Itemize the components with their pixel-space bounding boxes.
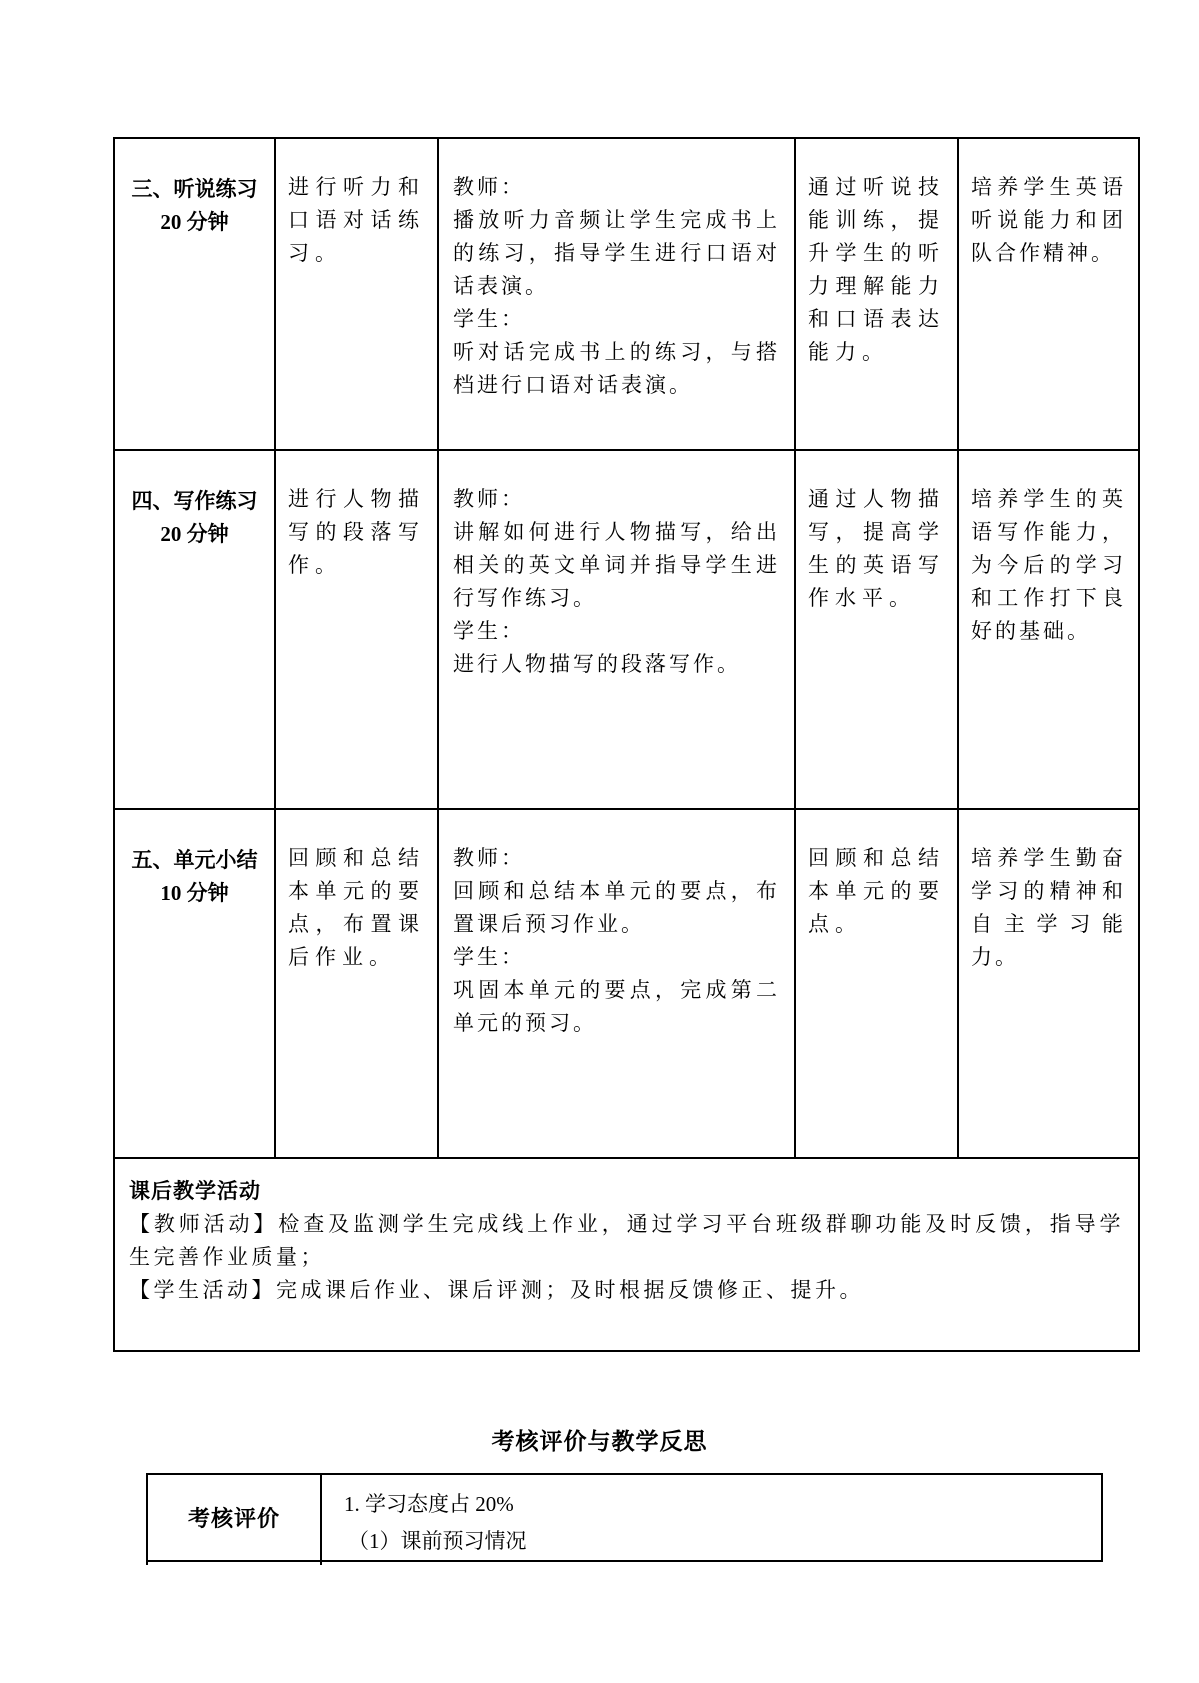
student-label: 学生： xyxy=(453,615,780,648)
content-cell: 进行人物描写的段落写作。 xyxy=(275,450,438,809)
intent-cell: 通过听说技能训练，提升学生的听力理解能力和口语表达能力。 xyxy=(795,138,958,450)
cutoff-row-left-border xyxy=(146,1558,148,1565)
activity-table: 三、听说练习 20 分钟 进行听力和口语对话练习。 教师： 播放听力音频让学生完… xyxy=(113,137,1140,1352)
cutoff-row-divider-border xyxy=(320,1558,322,1565)
intent-cell: 通过人物描写，提高学生的英语写作水平。 xyxy=(795,450,958,809)
stage-duration: 20 分钟 xyxy=(115,206,274,239)
teacher-text: 讲解如何进行人物描写，给出相关的英文单词并指导学生进行写作练习。 xyxy=(453,516,780,615)
student-label: 学生： xyxy=(453,303,780,336)
process-cell: 教师： 播放听力音频让学生完成书上的练习，指导学生进行口语对话表演。 学生： 听… xyxy=(438,138,795,450)
activity-row-listening: 三、听说练习 20 分钟 进行听力和口语对话练习。 教师： 播放听力音频让学生完… xyxy=(114,138,1139,450)
student-text: 巩固本单元的要点，完成第二单元的预习。 xyxy=(453,974,780,1040)
process-cell: 教师： 回顾和总结本单元的要点，布置课后预习作业。 学生： 巩固本单元的要点，完… xyxy=(438,809,795,1158)
teacher-label: 教师： xyxy=(453,842,780,875)
after-class-title: 课后教学活动 xyxy=(129,1175,1124,1208)
stage-name: 三、听说练习 xyxy=(115,173,274,206)
objective-cell: 培养学生英语听说能力和团队合作精神。 xyxy=(958,138,1139,450)
content-cell: 回顾和总结本单元的要点，布置课后作业。 xyxy=(275,809,438,1158)
assessment-row: 考核评价 1. 学习态度占 20% （1）课前预习情况 xyxy=(147,1474,1102,1561)
content-cell: 进行听力和口语对话练习。 xyxy=(275,138,438,450)
stage-cell: 五、单元小结 10 分钟 xyxy=(114,809,275,1158)
assessment-heading: 考核评价与教学反思 xyxy=(0,1423,1199,1456)
objective-cell: 培养学生勤奋学习的精神和自主学习能力。 xyxy=(958,809,1139,1158)
activity-row-writing: 四、写作练习 20 分钟 进行人物描写的段落写作。 教师： 讲解如何进行人物描写… xyxy=(114,450,1139,809)
assessment-body-cell: 1. 学习态度占 20% （1）课前预习情况 xyxy=(321,1474,1102,1561)
assessment-table: 考核评价 1. 学习态度占 20% （1）课前预习情况 xyxy=(146,1473,1103,1562)
stage-name: 四、写作练习 xyxy=(115,485,274,518)
after-class-row: 课后教学活动 【教师活动】检查及监测学生完成线上作业，通过学习平台班级群聊功能及… xyxy=(114,1158,1139,1351)
student-text: 进行人物描写的段落写作。 xyxy=(453,648,780,681)
intent-cell: 回顾和总结本单元的要点。 xyxy=(795,809,958,1158)
student-label: 学生： xyxy=(453,941,780,974)
objective-cell: 培养学生的英语写作能力，为今后的学习和工作打下良好的基础。 xyxy=(958,450,1139,809)
assessment-line-1: 1. 学习态度占 20% xyxy=(344,1486,1091,1523)
stage-duration: 20 分钟 xyxy=(115,518,274,551)
after-class-teacher-activity: 【教师活动】检查及监测学生完成线上作业，通过学习平台班级群聊功能及时反馈，指导学… xyxy=(129,1208,1124,1274)
teacher-label: 教师： xyxy=(453,171,780,204)
student-text: 听对话完成书上的练习，与搭档进行口语对话表演。 xyxy=(453,336,780,402)
teacher-label: 教师： xyxy=(453,483,780,516)
activity-row-summary: 五、单元小结 10 分钟 回顾和总结本单元的要点，布置课后作业。 教师： 回顾和… xyxy=(114,809,1139,1158)
assessment-row-label: 考核评价 xyxy=(147,1474,321,1561)
stage-cell: 三、听说练习 20 分钟 xyxy=(114,138,275,450)
assessment-line-2: （1）课前预习情况 xyxy=(344,1523,1091,1560)
stage-name: 五、单元小结 xyxy=(115,844,274,877)
process-cell: 教师： 讲解如何进行人物描写，给出相关的英文单词并指导学生进行写作练习。 学生：… xyxy=(438,450,795,809)
stage-duration: 10 分钟 xyxy=(115,877,274,910)
teacher-text: 播放听力音频让学生完成书上的练习，指导学生进行口语对话表演。 xyxy=(453,204,780,303)
after-class-cell: 课后教学活动 【教师活动】检查及监测学生完成线上作业，通过学习平台班级群聊功能及… xyxy=(114,1158,1139,1351)
teacher-text: 回顾和总结本单元的要点，布置课后预习作业。 xyxy=(453,875,780,941)
after-class-student-activity: 【学生活动】完成课后作业、课后评测；及时根据反馈修正、提升。 xyxy=(129,1274,1124,1307)
lesson-plan-page: 三、听说练习 20 分钟 进行听力和口语对话练习。 教师： 播放听力音频让学生完… xyxy=(0,0,1199,1683)
stage-cell: 四、写作练习 20 分钟 xyxy=(114,450,275,809)
